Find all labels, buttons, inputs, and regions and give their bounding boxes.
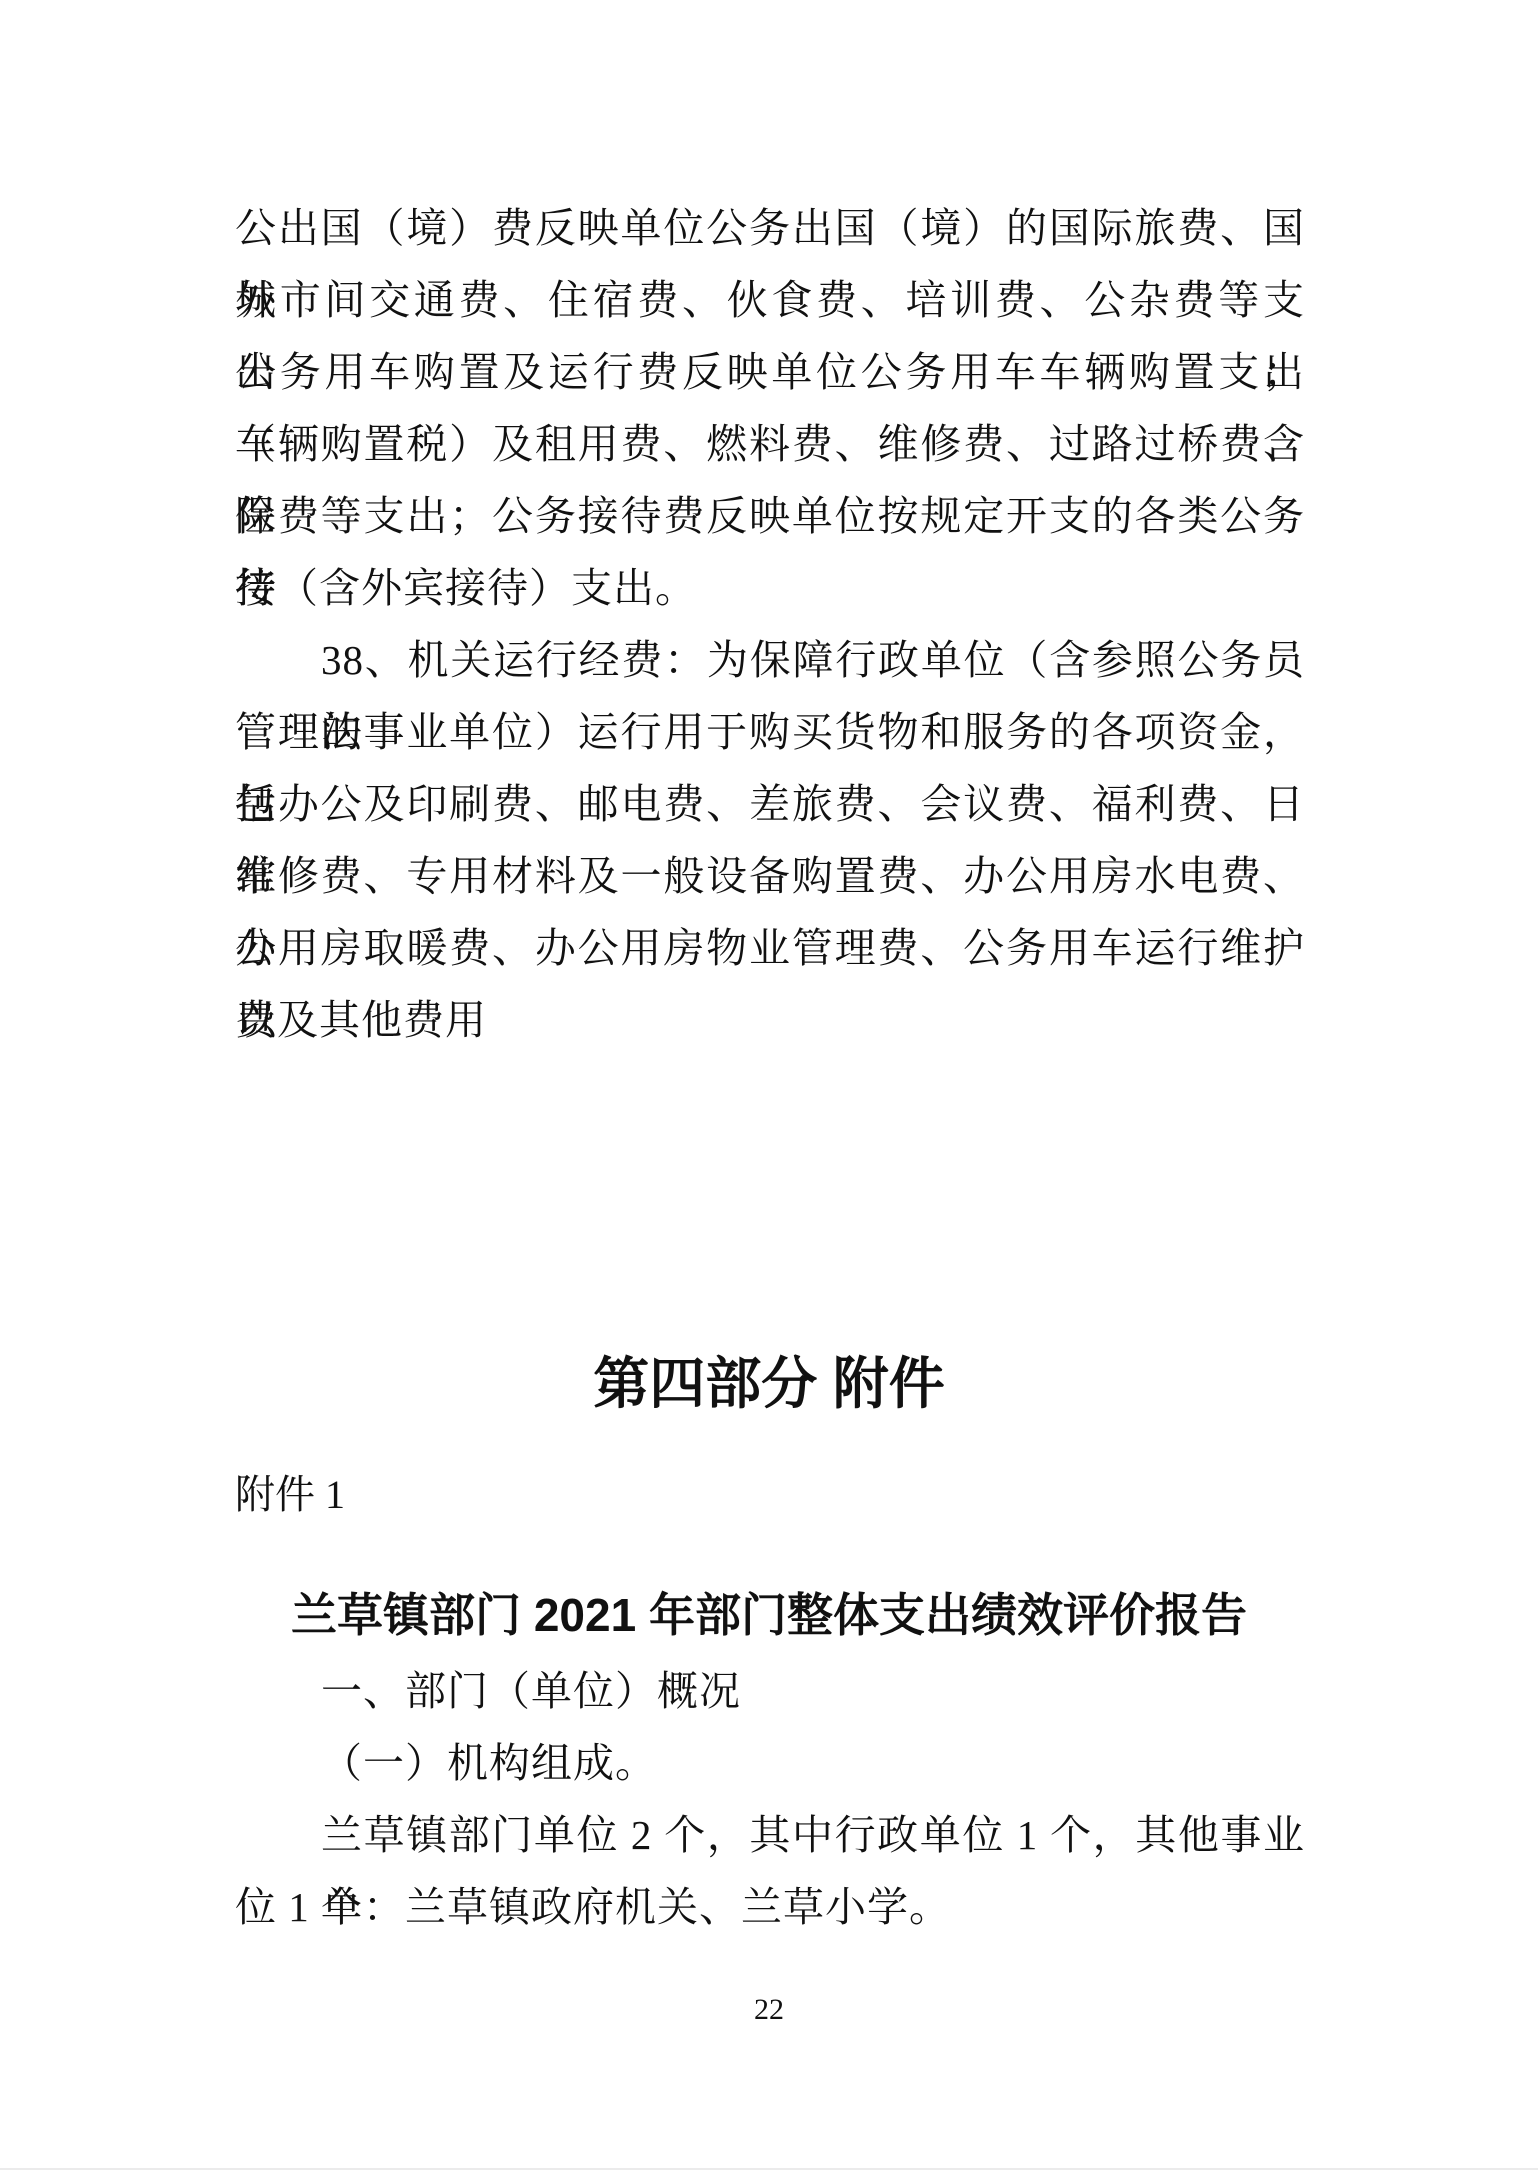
paragraph-line: 公出国（境）费反映单位公务出国（境）的国际旅费、国外 [235,192,1305,264]
paragraph-line: 位 1 个：兰草镇政府机关、兰草小学。 [235,1871,1305,1943]
part4-heading: 第四部分 附件 [0,1344,1538,1424]
paragraph-line: 公务用车购置及运行费反映单位公务用车车辆购置支出（含 [235,336,1305,408]
paragraph-line: 管理的事业单位）运行用于购买货物和服务的各项资金，包 [235,696,1305,768]
paragraph-line: 车辆购置税）及租用费、燃料费、维修费、过路过桥费、保 [235,408,1305,480]
paragraph-line: 以及其他费用 [235,984,1305,1056]
paragraph-line: 险费等支出；公务接待费反映单位按规定开支的各类公务接 [235,480,1305,552]
attachment-label: 附件 1 [235,1467,345,1523]
section-text-block: 一、部门（单位）概况 （一）机构组成。 兰草镇部门单位 2 个，其中行政单位 1… [235,1655,1305,1943]
paragraph-line: 城市间交通费、住宿费、伙食费、培训费、公杂费等支出； [235,264,1305,336]
paragraph-line: 38、机关运行经费：为保障行政单位（含参照公务员法 [235,624,1305,696]
paragraph-line: 维修费、专用材料及一般设备购置费、办公用房水电费、办 [235,840,1305,912]
section-heading: 一、部门（单位）概况 [235,1655,1305,1727]
page-bottom-edge [0,2168,1538,2170]
report-title: 兰草镇部门 2021 年部门整体支出绩效评价报告 [0,1583,1538,1647]
paragraph-line: 兰草镇部门单位 2 个，其中行政单位 1 个，其他事业单 [235,1799,1305,1871]
page-number: 22 [0,1990,1538,2030]
paragraph-line: 待（含外宾接待）支出。 [235,552,1305,624]
subsection-heading: （一）机构组成。 [235,1727,1305,1799]
paragraph-line: 括办公及印刷费、邮电费、差旅费、会议费、福利费、日常 [235,768,1305,840]
body-text-block: 公出国（境）费反映单位公务出国（境）的国际旅费、国外 城市间交通费、住宿费、伙食… [235,192,1305,1056]
document-page: 公出国（境）费反映单位公务出国（境）的国际旅费、国外 城市间交通费、住宿费、伙食… [0,0,1538,2172]
paragraph-line: 公用房取暖费、办公用房物业管理费、公务用车运行维护费 [235,912,1305,984]
